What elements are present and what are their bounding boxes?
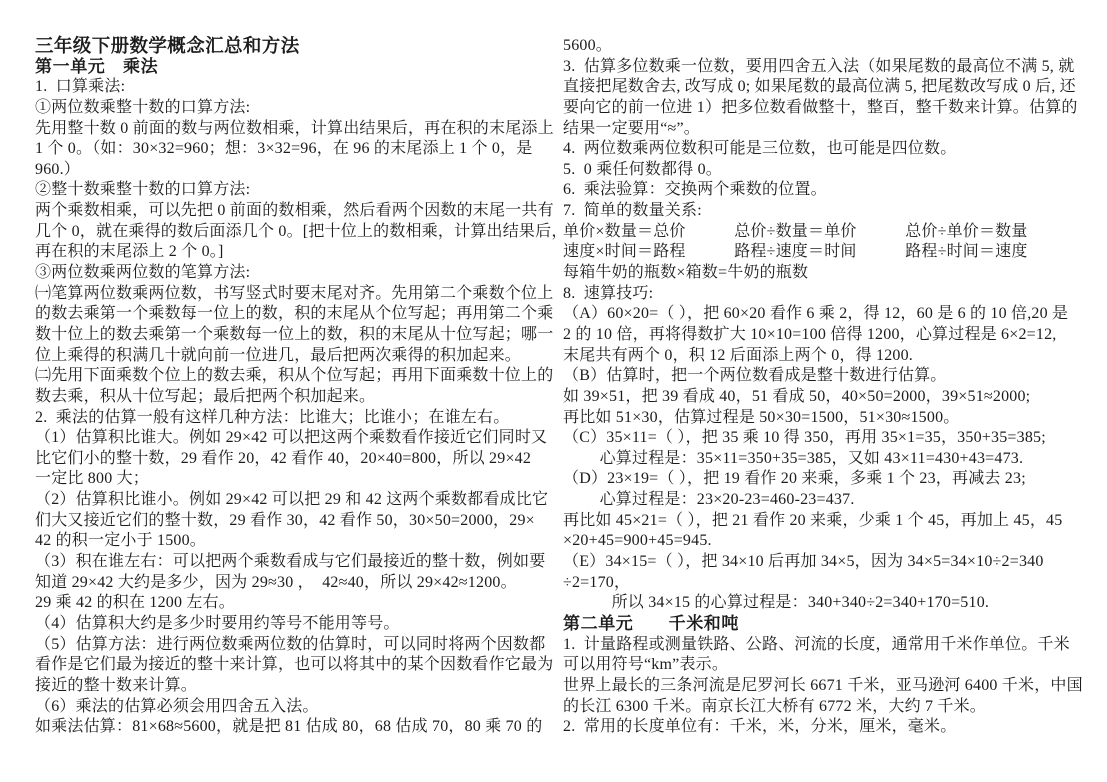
unit-heading: 第一单元 乘法 bbox=[35, 57, 547, 78]
body-line: 1. 口算乘法: bbox=[35, 77, 547, 98]
body-line: ③两位数乘两位数的笔算方法: bbox=[35, 263, 547, 284]
body-line: （2）估算积比谁小。例如 29×42 可以把 29 和 42 这两个乘数都看成比… bbox=[35, 490, 547, 511]
body-line: （A）60×20=（ ），把 60×20 看作 6 乘 2，得 12，60 是 … bbox=[563, 304, 1085, 325]
body-line: 几个 0，就在乘得的数后面添几个 0。[把十位上的数相乘，计算出结果后， bbox=[35, 222, 547, 243]
body-line: 所以 34×15 的心算过程是：340+340÷2=340+170=510. bbox=[563, 593, 1085, 614]
body-line: 3. 估算多位数乘一位数，要用四舍五入法（如果尾数的最高位不满 5, 就 bbox=[563, 57, 1085, 78]
body-line: ×20+45=900+45=945. bbox=[563, 531, 1085, 552]
body-line: （3）积在谁左右：可以把两个乘数看成与它们最接近的整十数，例如要 bbox=[35, 552, 547, 573]
body-line: 数去乘，积从十位写起；最后把两个积加起来。 bbox=[35, 387, 547, 408]
doc-title: 三年级下册数学概念汇总和方法 bbox=[35, 36, 547, 57]
body-line: ①两位数乘整十数的口算方法: bbox=[35, 98, 547, 119]
body-line: （E）34×15=（ ），把 34×10 后再加 34×5，因为 34×5=34… bbox=[563, 552, 1085, 573]
body-line: 位上乘得的积满几十就向前一位进几，最后把两次乘得的积加起来。 bbox=[35, 346, 547, 367]
body-line: 再比如 45×21=（ ），把 21 看作 20 来乘，少乘 1 个 45，再加… bbox=[563, 511, 1085, 532]
body-line: 29 乘 42 的积在 1200 左右。 bbox=[35, 593, 547, 614]
body-line: 两个乘数相乘，可以先把 0 前面的数相乘，然后看两个因数的末尾一共有 bbox=[35, 201, 547, 222]
body-line: ㈡先用下面乘数个位上的数去乘，积从个位写起；再用下面乘数十位上的 bbox=[35, 366, 547, 387]
column-right: 5600。3. 估算多位数乘一位数，要用四舍五入法（如果尾数的最高位不满 5, … bbox=[563, 36, 1085, 738]
body-line: （C）35×11=（ ），把 35 乘 10 得 350，再用 35×1=35，… bbox=[563, 428, 1085, 449]
body-line: 960.） bbox=[35, 160, 547, 181]
body-line: 4. 两位数乘两位数积可能是三位数，也可能是四位数。 bbox=[563, 139, 1085, 160]
body-line: 每箱牛奶的瓶数×箱数=牛奶的瓶数 bbox=[563, 263, 1085, 284]
body-line: 看作是它们最为接近的整十来计算，也可以将其中的某个因数看作它最为 bbox=[35, 655, 547, 676]
body-line: （6）乘法的估算必须会用四舍五入法。 bbox=[35, 697, 547, 718]
body-line: 再比如 51×30，估算过程是 50×30=1500，51×30≈1500。 bbox=[563, 408, 1085, 429]
body-line: 2. 常用的长度单位有：千米，米，分米，厘米，毫米。 bbox=[563, 717, 1085, 738]
body-line: 的数去乘第一个乘数每一位上的数，积的末尾从个位写起；再用第二个乘 bbox=[35, 304, 547, 325]
body-line: 一定比 800 大； bbox=[35, 469, 547, 490]
document-page: 三年级下册数学概念汇总和方法第一单元 乘法1. 口算乘法:①两位数乘整十数的口算… bbox=[0, 0, 1107, 782]
body-line: 1 个 0。（如：30×32=960；想：3×32=96，在 96 的末尾添上 … bbox=[35, 139, 547, 160]
body-line: 数十位上的数去乘第一个乘数每一位上的数，积的末尾从十位写起；哪一 bbox=[35, 325, 547, 346]
body-line: 的长江 6300 千米。南京长江大桥有 6772 米，大约 7 千米。 bbox=[563, 697, 1085, 718]
body-line: 结果一定要用“≈”。 bbox=[563, 119, 1085, 140]
body-line: 世界上最长的三条河流是尼罗河长 6671 千米，亚马逊河 6400 千米，中国 bbox=[563, 676, 1085, 697]
body-line: （1）估算积比谁大。例如 29×42 可以把这两个乘数看作接近它们同时又 bbox=[35, 428, 547, 449]
body-line: ÷2=170， bbox=[563, 573, 1085, 594]
body-line: 单价×数量＝总价 总价÷数量＝单价 总价÷单价＝数量 bbox=[563, 222, 1085, 243]
body-line: ㈠笔算两位数乘两位数，书写竖式时要末尾对齐。先用第二个乘数个位上 bbox=[35, 284, 547, 305]
body-line: ②整十数乘整十数的口算方法: bbox=[35, 180, 547, 201]
body-line: 接近的整十数来计算。 bbox=[35, 676, 547, 697]
body-line: 如乘法估算：81×68≈5600，就是把 81 估成 80，68 估成 70，8… bbox=[35, 717, 547, 738]
body-line: 心算过程是：23×20-23=460-23=437. bbox=[563, 490, 1085, 511]
body-line: （D）23×19=（ ），把 19 看作 20 来乘，多乘 1 个 23，再减去… bbox=[563, 469, 1085, 490]
body-line: （4）估算积大约是多少时要用约等号不能用等号。 bbox=[35, 614, 547, 635]
body-line: 再在积的末尾添上 2 个 0。] bbox=[35, 242, 547, 263]
body-line: 比它们小的整十数，29 看作 20，42 看作 40，20×40=800，所以 … bbox=[35, 449, 547, 470]
body-line: 心算过程是：35×11=350+35=385，又如 43×11=430+43=4… bbox=[563, 449, 1085, 470]
body-line: 知道 29×42 大约是多少，因为 29≈30 ， 42≈40，所以 29×42… bbox=[35, 573, 547, 594]
body-line: 8. 速算技巧: bbox=[563, 284, 1085, 305]
body-line: 2 的 10 倍，再将得数扩大 10×10=100 倍得 1200，心算过程是 … bbox=[563, 325, 1085, 346]
body-line: （5）估算方法：进行两位数乘两位数的估算时，可以同时将两个因数都 bbox=[35, 635, 547, 656]
body-line: 们大又接近它们的整十数，29 看作 30，42 看作 50，30×50=2000… bbox=[35, 511, 547, 532]
body-line: 要向它的前一位进 1）把多位数看做整十，整百，整千数来计算。估算的 bbox=[563, 98, 1085, 119]
body-line: 速度×时间＝路程 路程÷速度＝时间 路程÷时间＝速度 bbox=[563, 242, 1085, 263]
body-line: 7. 简单的数量关系: bbox=[563, 201, 1085, 222]
body-line: 末尾共有两个 0，积 12 后面添上两个 0，得 1200. bbox=[563, 346, 1085, 367]
body-line: 可以用符号“km”表示。 bbox=[563, 655, 1085, 676]
body-line: 如 39×51，把 39 看成 40，51 看成 50，40×50=2000，3… bbox=[563, 387, 1085, 408]
body-line: （B）估算时，把一个两位数看成是整十数进行估算。 bbox=[563, 366, 1085, 387]
body-line: 1. 计量路程或测量铁路、公路、河流的长度，通常用千米作单位。千米 bbox=[563, 635, 1085, 656]
body-line: 5600。 bbox=[563, 36, 1085, 57]
body-line: 直接把尾数舍去, 改写成 0; 如果尾数的最高位满 5, 把尾数改写成 0 后,… bbox=[563, 77, 1085, 98]
column-left: 三年级下册数学概念汇总和方法第一单元 乘法1. 口算乘法:①两位数乘整十数的口算… bbox=[35, 36, 547, 738]
body-line: 5. 0 乘任何数都得 0。 bbox=[563, 160, 1085, 181]
body-line: 42 的积一定小于 1500。 bbox=[35, 531, 547, 552]
unit-heading: 第二单元 千米和吨 bbox=[563, 614, 1085, 635]
body-line: 6. 乘法验算：交换两个乘数的位置。 bbox=[563, 180, 1085, 201]
body-line: 2. 乘法的估算一般有这样几种方法：比谁大；比谁小；在谁左右。 bbox=[35, 408, 547, 429]
body-line: 先用整十数 0 前面的数与两位数相乘，计算出结果后，再在积的末尾添上 bbox=[35, 119, 547, 140]
